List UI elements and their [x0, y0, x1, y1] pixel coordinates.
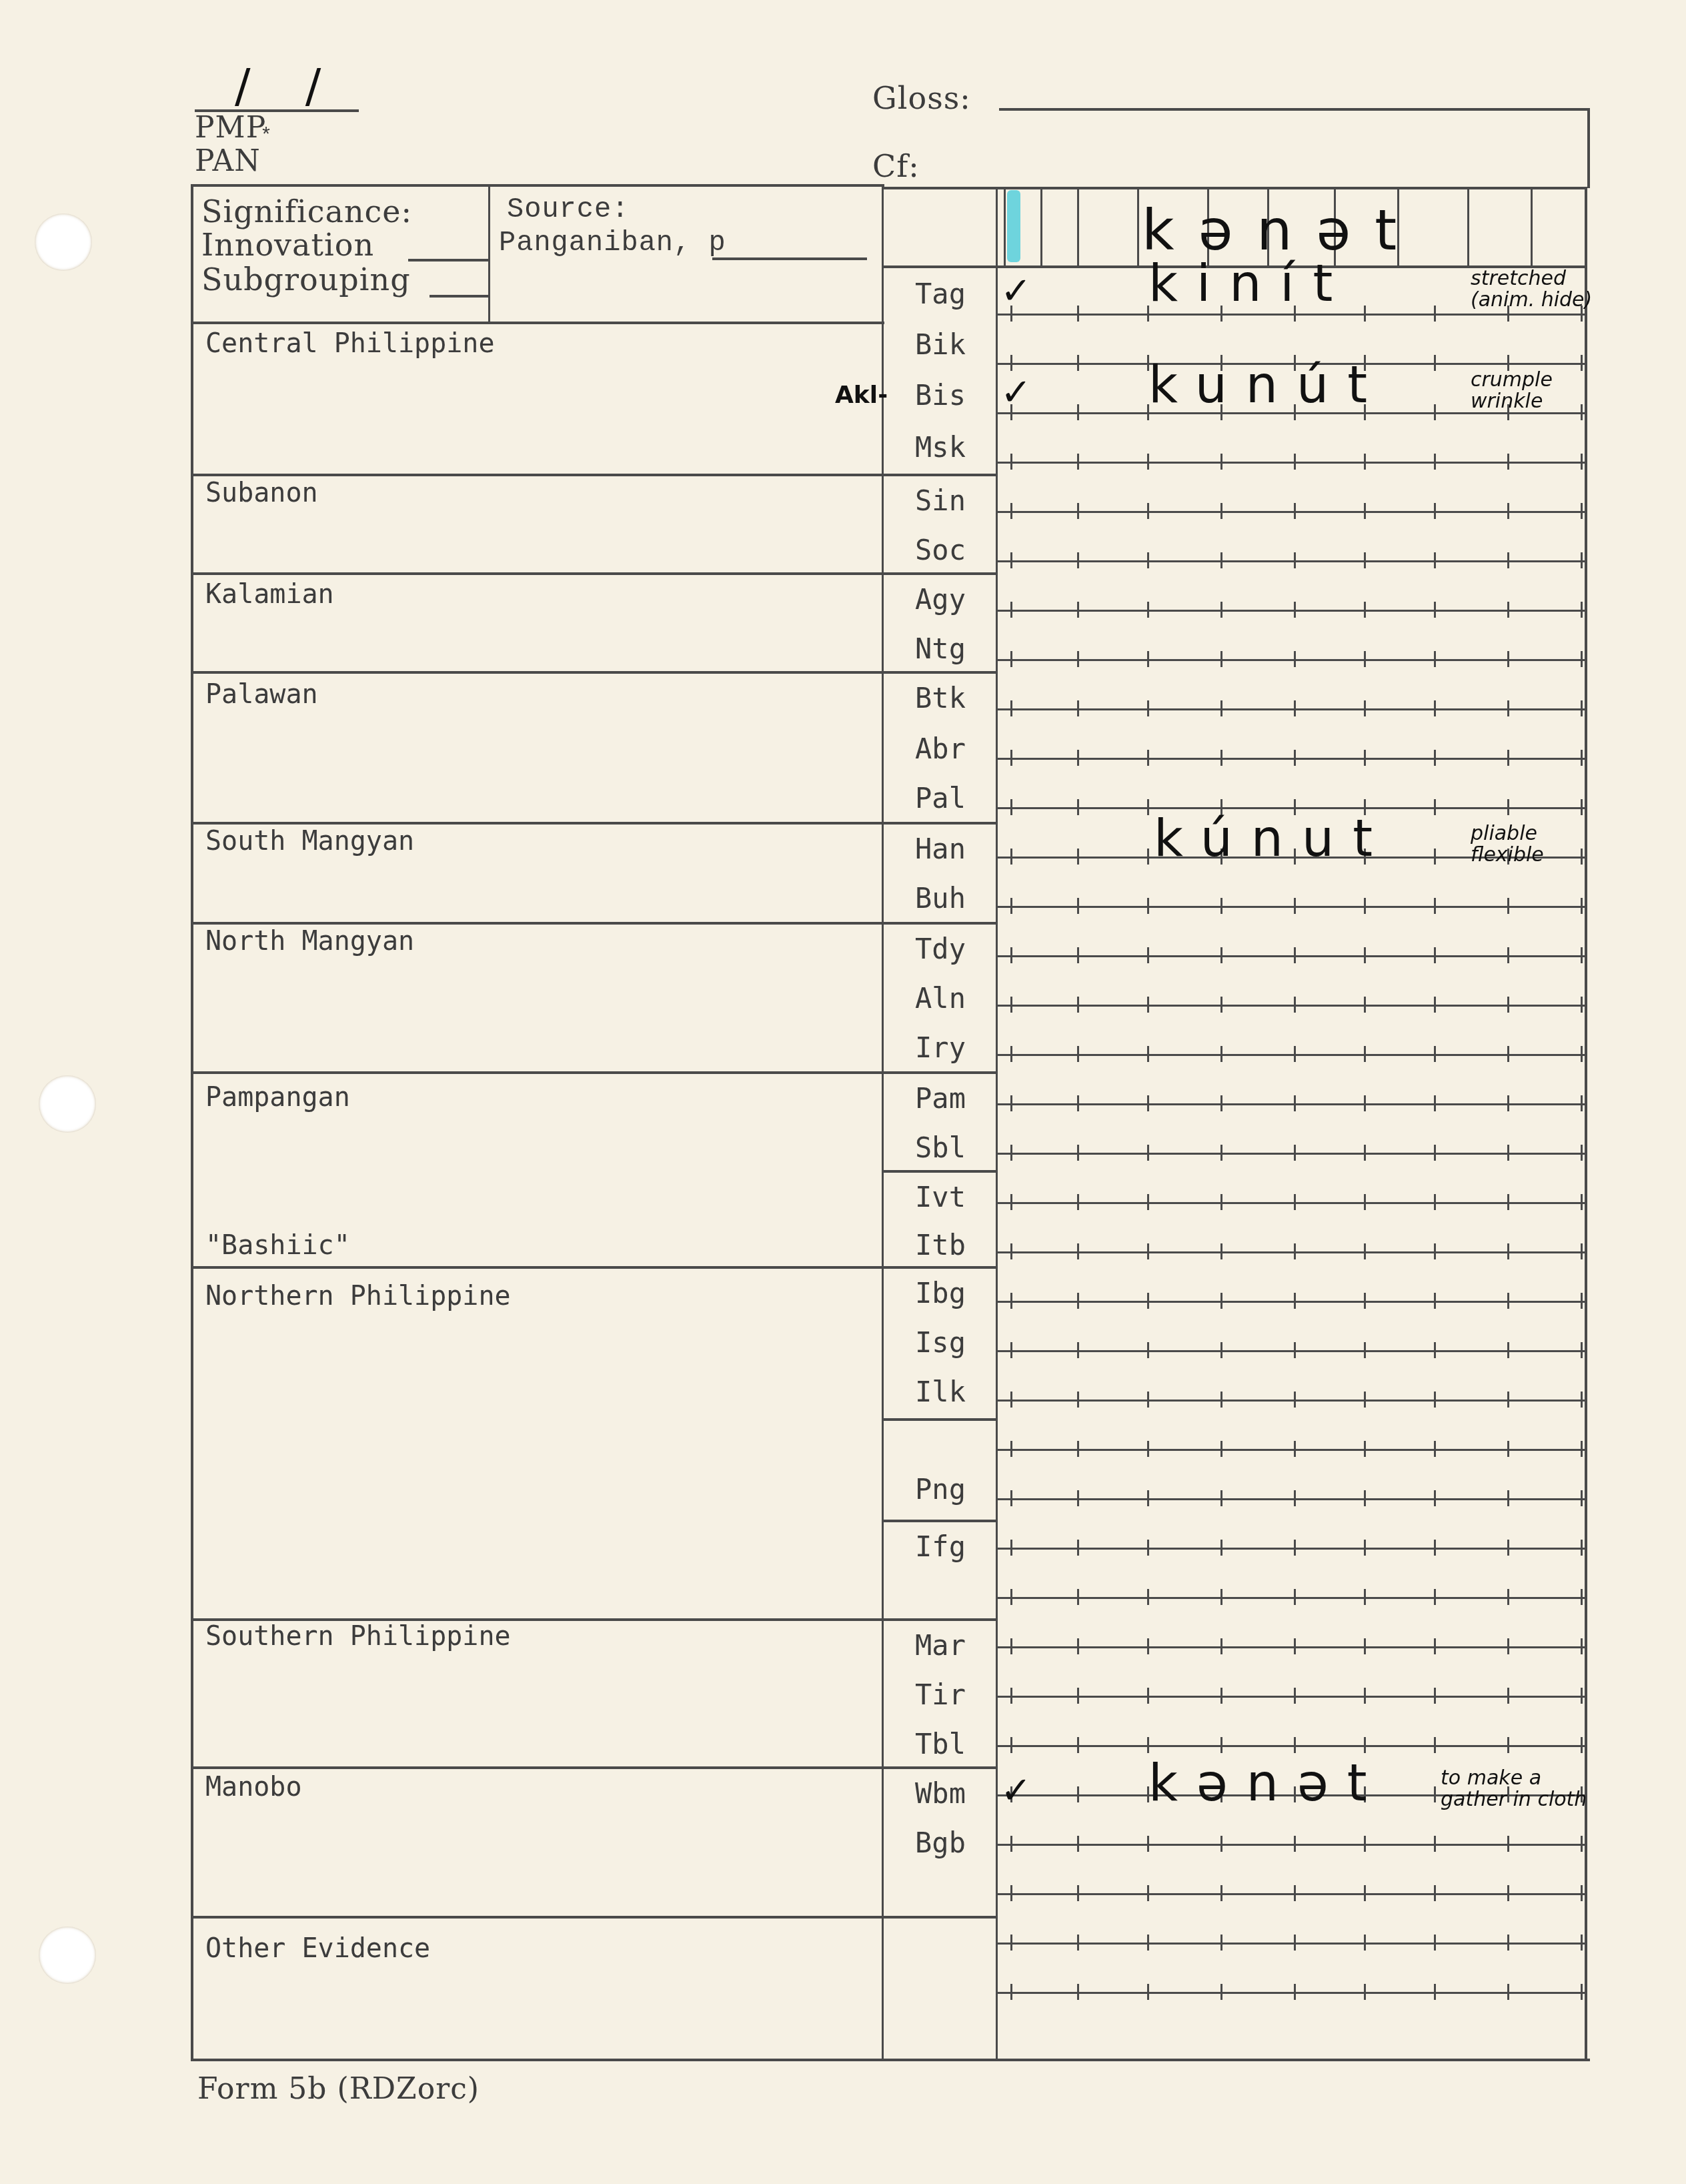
language-code-btk: Btk — [884, 682, 997, 714]
entry-gloss-han: pliable flexible — [1471, 823, 1597, 866]
language-code-mar: Mar — [884, 1629, 997, 1662]
language-code-tbl: Tbl — [884, 1728, 997, 1760]
language-prefix: Akl- — [835, 382, 888, 409]
language-code-agy: Agy — [884, 583, 997, 616]
group-label: Northern Philippine — [205, 1281, 511, 1311]
group-label: North Mangyan — [205, 926, 414, 957]
source-value: Panganiban, p — [499, 227, 726, 259]
language-code-ifg: Ifg — [884, 1530, 997, 1563]
language-code-iry: Iry — [884, 1031, 997, 1064]
group-label: Southern Philippine — [205, 1621, 511, 1652]
language-code-png: Png — [884, 1473, 997, 1506]
language-code-aln: Aln — [884, 982, 997, 1015]
group-label: Manobo — [205, 1772, 302, 1802]
innovation-field[interactable] — [408, 259, 488, 261]
language-code-wbm: Wbm — [884, 1777, 997, 1810]
language-code-tag: Tag — [884, 278, 997, 310]
language-code-sin: Sin — [884, 484, 997, 517]
language-code-ntg: Ntg — [884, 632, 997, 665]
language-code-bik: Bik — [884, 328, 997, 361]
language-code-sbl: Sbl — [884, 1131, 997, 1164]
entry-form-tag: kinít — [1148, 253, 1351, 313]
language-code-ivt: Ivt — [884, 1181, 997, 1213]
significance-title: Significance: — [201, 193, 412, 229]
slash-marks: / / — [235, 59, 341, 113]
entry-gloss-bis: crumple wrinkle — [1471, 370, 1597, 412]
language-code-pam: Pam — [884, 1082, 997, 1115]
hole-punch-middle — [39, 1075, 96, 1133]
language-code-itb: Itb — [884, 1229, 997, 1261]
entry-gloss-wbm: to make a gather in cloth — [1441, 1768, 1607, 1810]
source-label: Source: — [507, 193, 629, 225]
entry-form-wbm: kənət — [1148, 1753, 1386, 1812]
entry-form-han: kúnut — [1154, 808, 1391, 868]
asterisk: * — [260, 125, 273, 148]
language-code-han: Han — [884, 833, 997, 865]
entry-gloss-tag: stretched (anim. hide) — [1471, 268, 1597, 311]
entry-form-bis: kunút — [1148, 355, 1386, 414]
subgrouping-label: Subgrouping — [201, 261, 411, 298]
language-code-bgb: Bgb — [884, 1826, 997, 1859]
highlight-marker — [1007, 190, 1020, 262]
innovation-label: Innovation — [201, 227, 374, 263]
hole-punch-bottom — [39, 1927, 96, 1984]
gloss-field[interactable] — [999, 108, 1590, 111]
pmp-label: PMP — [195, 111, 266, 145]
cf-label: Cf: — [872, 148, 920, 184]
group-label: Subanon — [205, 478, 318, 508]
language-code-ibg: Ibg — [884, 1277, 997, 1309]
language-code-abr: Abr — [884, 732, 997, 765]
source-page-field[interactable] — [712, 257, 867, 260]
group-label: Pampangan — [205, 1082, 350, 1113]
group-label: Other Evidence — [205, 1933, 430, 1964]
language-code-pal: Pal — [884, 782, 997, 814]
check-mark-icon: ✓ — [1000, 371, 1032, 414]
check-mark-icon: ✓ — [1000, 1769, 1032, 1812]
language-code-msk: Msk — [884, 431, 997, 464]
language-code-buh: Buh — [884, 882, 997, 915]
form-label: Form 5b (RDZorc) — [197, 2072, 480, 2106]
check-mark-icon: ✓ — [1000, 269, 1032, 313]
group-label: South Mangyan — [205, 826, 414, 857]
hole-punch-top — [35, 213, 92, 271]
language-code-bis: Bis — [884, 379, 997, 412]
gloss-label: Gloss: — [872, 80, 971, 116]
group-label: Palawan — [205, 679, 318, 710]
subgrouping-field[interactable] — [430, 295, 488, 298]
group-label: Kalamian — [205, 579, 334, 610]
group-label: Central Philippine — [205, 328, 494, 359]
group-label: "Bashiic" — [205, 1230, 350, 1261]
pan-label: PAN — [195, 144, 261, 178]
language-code-isg: Isg — [884, 1326, 997, 1359]
language-code-soc: Soc — [884, 534, 997, 566]
language-code-ilk: Ilk — [884, 1376, 997, 1408]
language-code-tdy: Tdy — [884, 933, 997, 965]
language-code-tir: Tir — [884, 1678, 997, 1711]
